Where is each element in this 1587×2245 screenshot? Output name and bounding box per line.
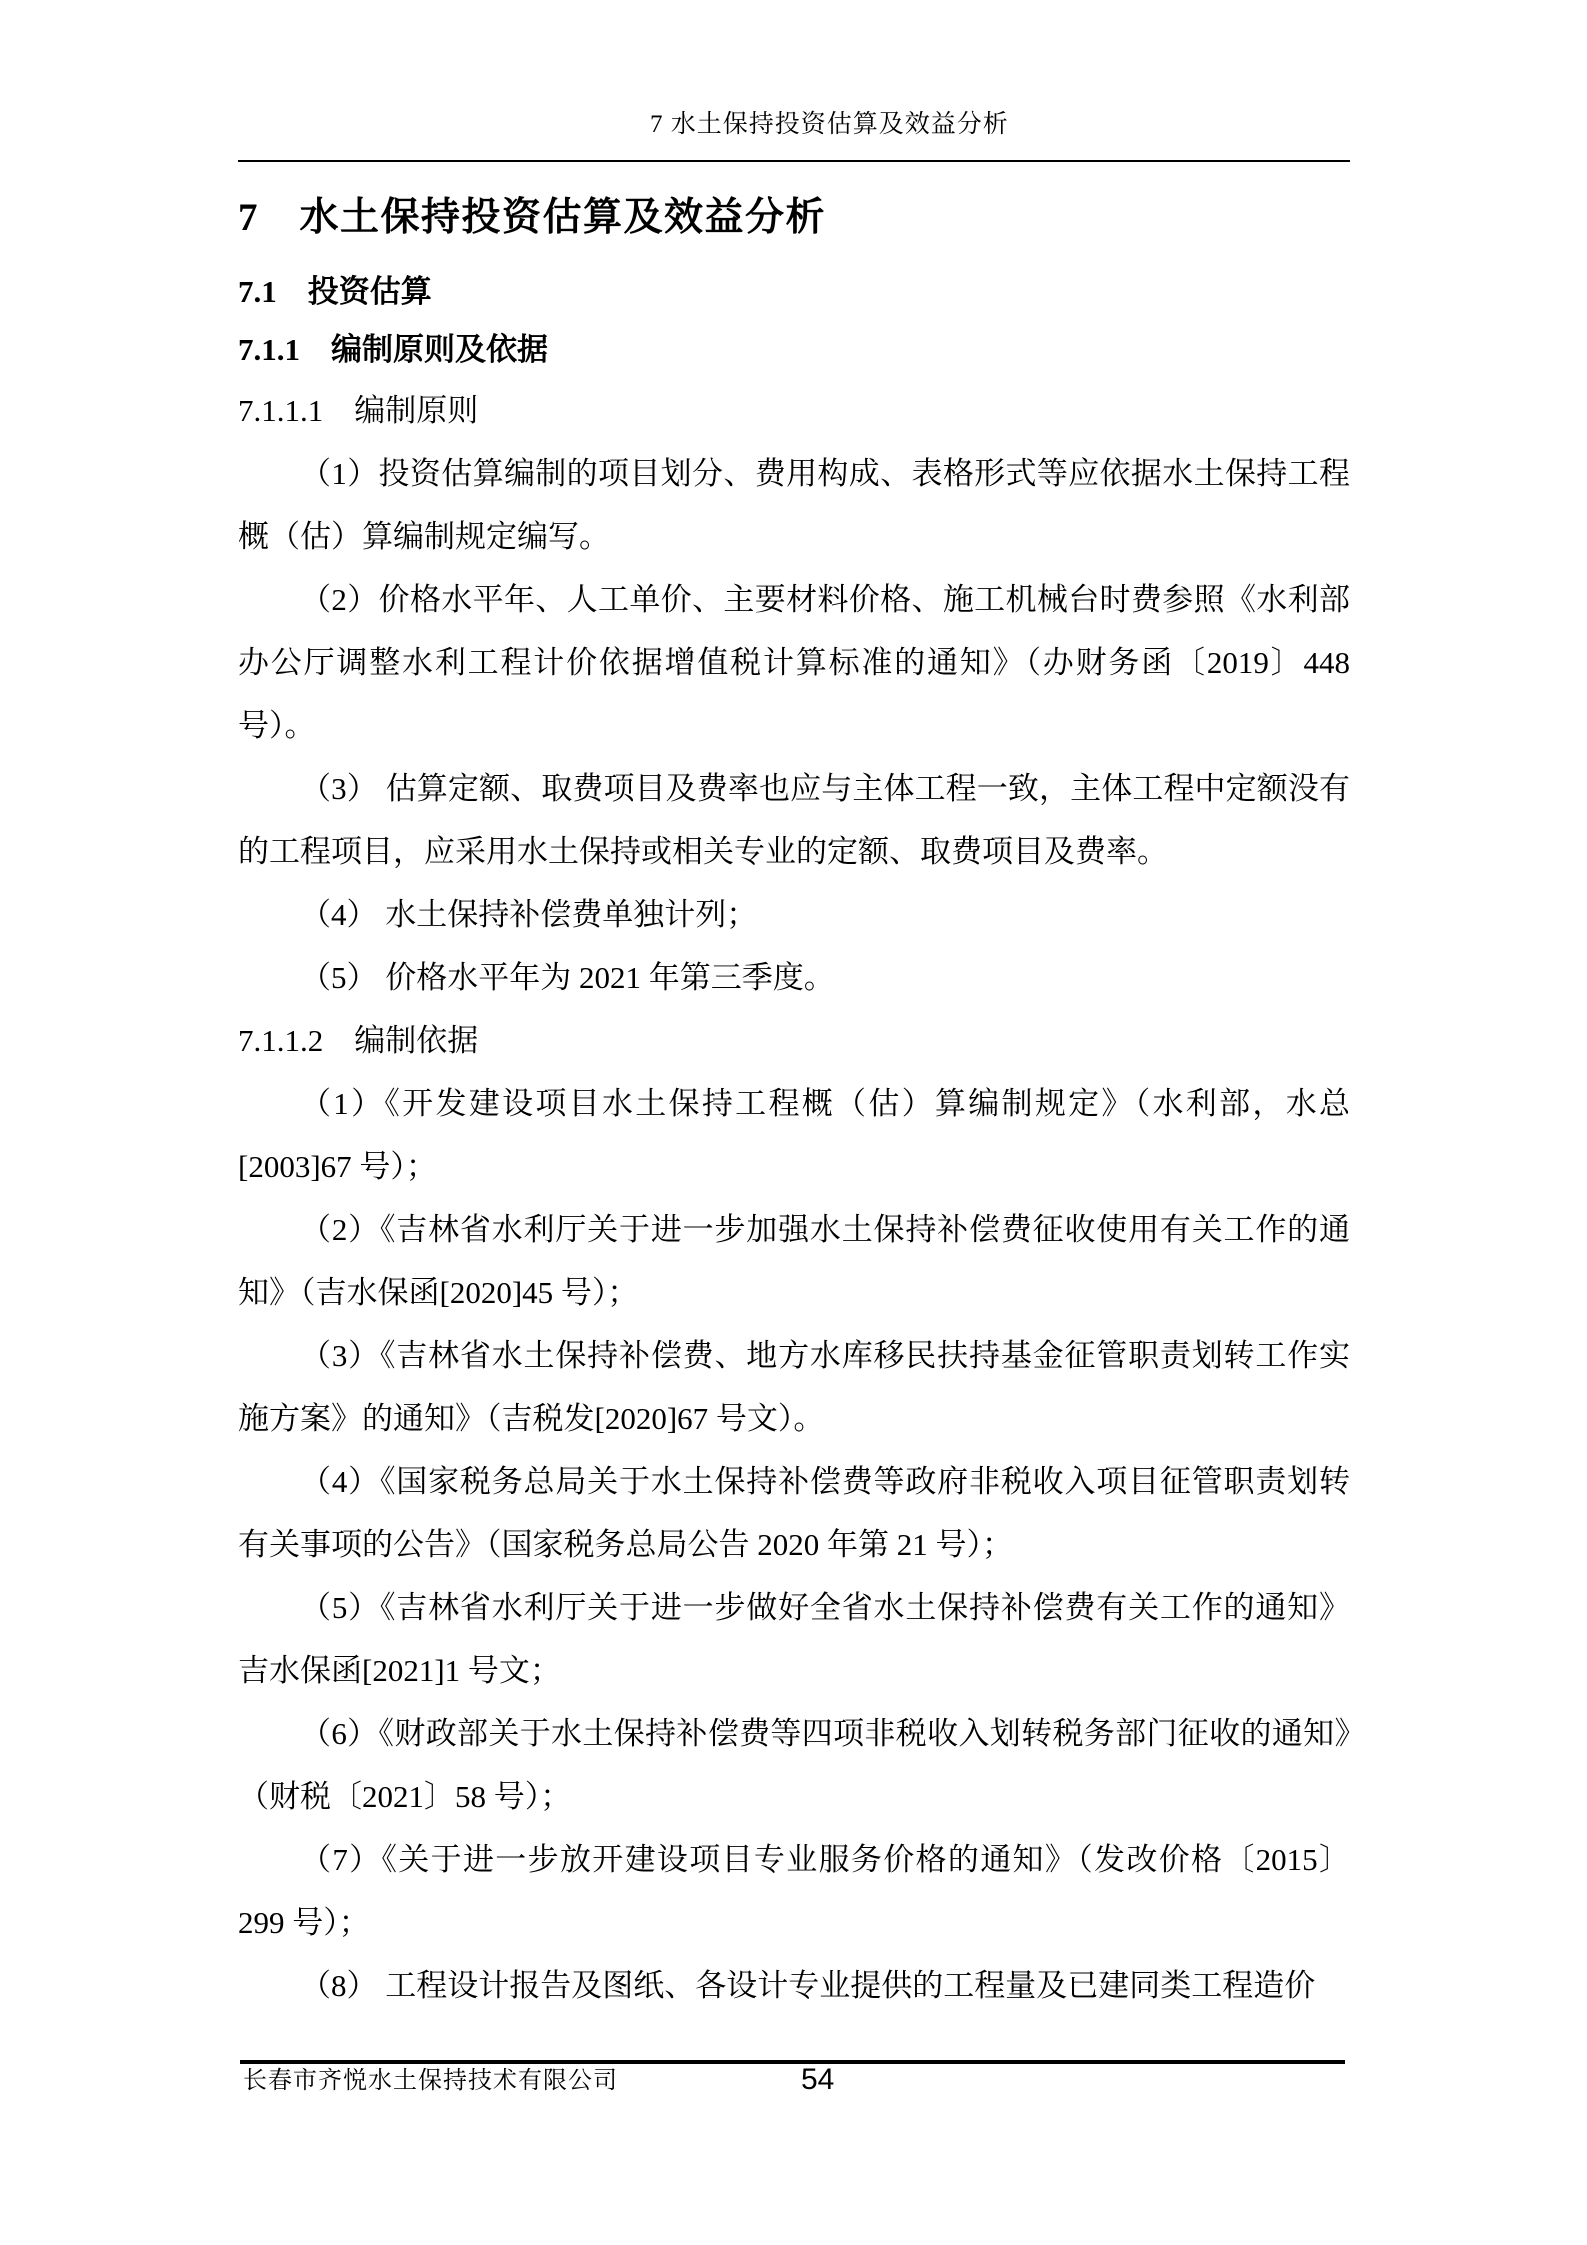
section-7-1-1-title: 7.1.1 编制原则及依据 — [238, 327, 1350, 372]
basis-paragraph-2: （2）《吉林省水利厅关于进一步加强水土保持补偿费征收使用有关工作的通知》（吉水保… — [238, 1198, 1350, 1324]
basis-paragraph-3: （3）《吉林省水土保持补偿费、地方水库移民扶持基金征管职责划转工作实施方案》的通… — [238, 1324, 1350, 1450]
chapter-7-title: 7 水土保持投资估算及效益分析 — [238, 194, 1350, 241]
principle-paragraph-5: （5） 价格水平年为 2021 年第三季度。 — [238, 946, 1350, 1009]
header-rule — [238, 160, 1350, 162]
basis-paragraph-1: （1）《开发建设项目水土保持工程概（估）算编制规定》（水利部，水总[2003]6… — [238, 1072, 1350, 1198]
running-header-title: 7 水土保持投资估算及效益分析 — [650, 109, 1009, 140]
basis-paragraph-8: （8） 工程设计报告及图纸、各设计专业提供的工程量及已建同类工程造价 — [238, 1954, 1350, 2017]
basis-paragraph-5: （5）《吉林省水利厅关于进一步做好全省水土保持补偿费有关工作的通知》吉水保函[2… — [238, 1576, 1350, 1702]
principle-paragraph-3: （3） 估算定额、取费项目及费率也应与主体工程一致，主体工程中定额没有的工程项目… — [238, 757, 1350, 883]
document-body: 7 水土保持投资估算及效益分析 7.1 投资估算 7.1.1 编制原则及依据 7… — [238, 194, 1350, 2017]
footer-rule — [240, 2060, 1345, 2064]
principle-paragraph-4: （4） 水土保持补偿费单独计列； — [238, 883, 1350, 946]
basis-paragraph-4: （4）《国家税务总局关于水土保持补偿费等政府非税收入项目征管职责划转有关事项的公… — [238, 1450, 1350, 1576]
section-7-1-1-1-title: 7.1.1.1 编制原则 — [238, 379, 1350, 442]
document-page: 7 水土保持投资估算及效益分析 7 水土保持投资估算及效益分析 7.1 投资估算… — [0, 0, 1587, 2245]
principle-paragraph-1: （1）投资估算编制的项目划分、费用构成、表格形式等应依据水土保持工程概（估）算编… — [238, 442, 1350, 568]
basis-paragraph-7: （7）《关于进一步放开建设项目专业服务价格的通知》（发改价格〔2015〕299 … — [238, 1828, 1350, 1954]
principle-paragraph-2: （2）价格水平年、人工单价、主要材料价格、施工机械台时费参照《水利部办公厅调整水… — [238, 568, 1350, 757]
section-7-1-1-2-title: 7.1.1.2 编制依据 — [238, 1009, 1350, 1072]
footer-company-name: 长春市齐悦水土保持技术有限公司 — [243, 2066, 618, 2096]
section-7-1-title: 7.1 投资估算 — [238, 269, 1350, 314]
page-number: 54 — [801, 2063, 834, 2096]
basis-paragraph-6: （6）《财政部关于水土保持补偿费等四项非税收入划转税务部门征收的通知》（财税〔2… — [238, 1702, 1350, 1828]
